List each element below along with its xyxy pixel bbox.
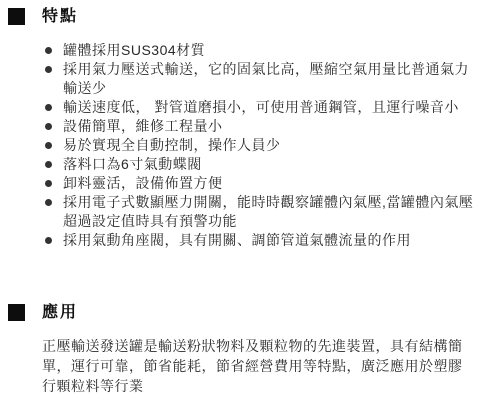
- feature-text: 罐體採用SUS304材質: [63, 41, 205, 60]
- feature-text: 卸料靈活，設備佈置方便: [63, 174, 223, 193]
- list-item: 採用氣動角座閥，具有開關、調節管道氣體流量的作用: [45, 231, 499, 250]
- list-item: 採用氣力壓送式輸送，它的固氣比高，壓縮空氣用量比普通氣力輸送少: [45, 60, 499, 98]
- application-section: 應用 正壓輸送發送罐是輸送粉狀物料及顆粒物的先進裝置，具有結構簡單，運行可靠，節…: [8, 304, 499, 396]
- feature-text: 輸送速度低， 對管道磨損小，可使用普通鋼管，且運行噪音小: [63, 98, 459, 117]
- feature-text: 採用氣動角座閥，具有開關、調節管道氣體流量的作用: [63, 231, 411, 250]
- application-section-title: 應用: [42, 304, 78, 321]
- bullet-icon: [45, 104, 52, 111]
- feature-text: 落料口為6寸氣動蝶閥: [63, 155, 202, 174]
- features-section-title: 特點: [42, 8, 78, 25]
- list-item: 落料口為6寸氣動蝶閥: [45, 155, 499, 174]
- list-item: 設備簡單，維修工程量小: [45, 117, 499, 136]
- application-section-header: 應用: [8, 304, 499, 321]
- bullet-icon: [45, 199, 52, 206]
- list-item: 輸送速度低， 對管道磨損小，可使用普通鋼管，且運行噪音小: [45, 98, 499, 117]
- list-item: 罐體採用SUS304材質: [45, 41, 499, 60]
- feature-list: 罐體採用SUS304材質 採用氣力壓送式輸送，它的固氣比高，壓縮空氣用量比普通氣…: [45, 41, 499, 250]
- application-paragraph: 正壓輸送發送罐是輸送粉狀物料及顆粒物的先進裝置，具有結構簡單，運行可靠，節省能耗…: [42, 336, 474, 396]
- bullet-icon: [45, 47, 52, 54]
- bullet-icon: [45, 123, 52, 130]
- bullet-icon: [45, 237, 52, 244]
- list-item: 易於實現全自動控制，操作人員少: [45, 136, 499, 155]
- feature-text: 易於實現全自動控制，操作人員少: [63, 136, 281, 155]
- feature-text: 採用電子式數顯壓力開關，能時時觀察罐體內氣壓,當罐體內氣壓超過設定值時具有預警功…: [63, 193, 475, 231]
- product-description-page: 特點 罐體採用SUS304材質 採用氣力壓送式輸送，它的固氣比高，壓縮空氣用量比…: [0, 0, 499, 405]
- bullet-icon: [45, 180, 52, 187]
- bullet-icon: [45, 161, 52, 168]
- feature-text: 設備簡單，維修工程量小: [63, 117, 223, 136]
- bullet-icon: [45, 66, 52, 73]
- square-marker-icon: [8, 304, 25, 321]
- list-item: 卸料靈活，設備佈置方便: [45, 174, 499, 193]
- square-marker-icon: [8, 8, 25, 25]
- feature-text: 採用氣力壓送式輸送，它的固氣比高，壓縮空氣用量比普通氣力輸送少: [63, 60, 475, 98]
- list-item: 採用電子式數顯壓力開關，能時時觀察罐體內氣壓,當罐體內氣壓超過設定值時具有預警功…: [45, 193, 499, 231]
- bullet-icon: [45, 142, 52, 149]
- features-section-header: 特點: [8, 8, 499, 25]
